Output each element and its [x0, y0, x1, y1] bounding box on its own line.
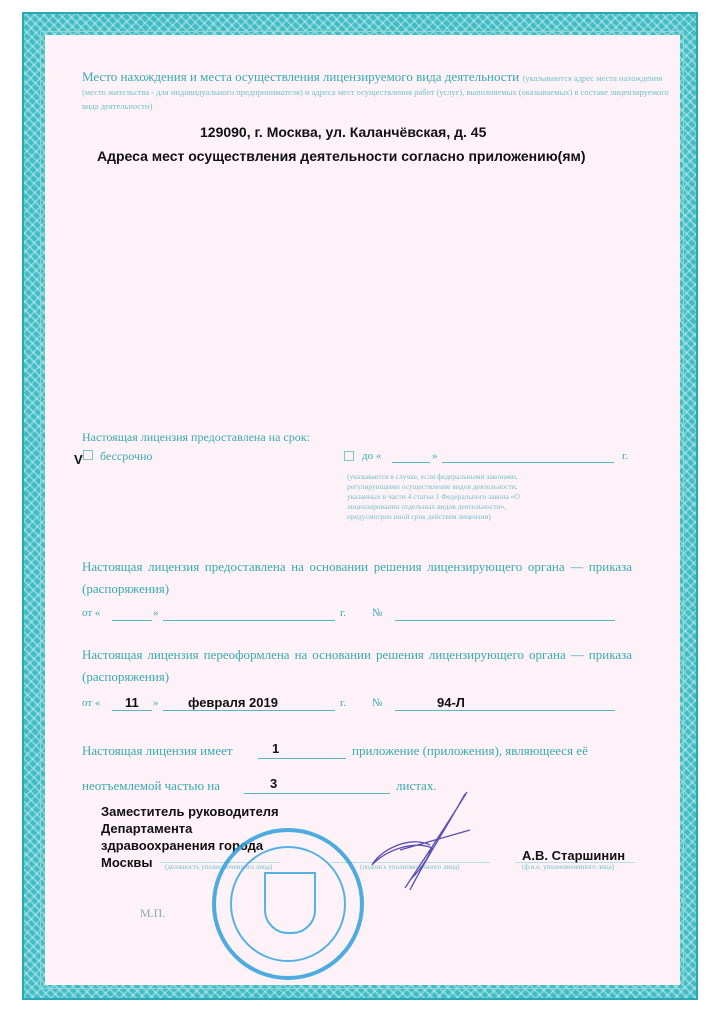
granted-number-field: [395, 620, 615, 621]
reissued-mid: »: [153, 697, 159, 709]
reissued-number: 94-Л: [437, 695, 465, 710]
until-note: (указывается в случае, если федеральными…: [347, 472, 547, 522]
reissued-number-line: [395, 710, 615, 711]
official-stamp: [212, 828, 364, 980]
appendix-sheets-line: [244, 793, 390, 794]
position-line-2: Департамента: [101, 820, 279, 837]
until-month-line: [442, 462, 614, 463]
until-year-suffix: г.: [622, 450, 628, 462]
reissued-month-year: февраля 2019: [188, 695, 278, 710]
seal-label: М.П.: [140, 906, 165, 921]
address-places: Адреса мест осуществления деятельности с…: [97, 148, 586, 164]
granted-number-sign: №: [372, 607, 383, 619]
caption-name: (ф.и.о. уполномоченного лица): [522, 862, 614, 873]
handwritten-signature: [370, 780, 480, 895]
until-day-line: [392, 462, 430, 463]
reissued-month-line: [163, 710, 335, 711]
granted-year-suffix: г.: [340, 607, 346, 619]
reissued-from: от «: [82, 697, 100, 709]
reissued-day-line: [112, 710, 152, 711]
appendix-sheets: 3: [270, 776, 277, 791]
reissued-day: 11: [125, 695, 139, 710]
header-title: Место нахождения и места осуществления л…: [82, 69, 519, 84]
address-main: 129090, г. Москва, ул. Каланчёвская, д. …: [200, 124, 486, 140]
appendix-prefix2: неотъемлемой частью на: [82, 778, 220, 794]
granted-day-field: [112, 620, 152, 621]
appendix-count: 1: [272, 741, 279, 756]
until-prefix: до «: [362, 450, 381, 462]
granted-month-field: [163, 620, 335, 621]
reissued-year-suffix: г.: [340, 697, 346, 709]
position-line-1: Заместитель руководителя: [101, 803, 279, 820]
appendix-middle: приложение (приложения), являющееся её: [352, 743, 588, 759]
header-block: Место нахождения и места осуществления л…: [82, 70, 682, 112]
granted-mid: »: [153, 607, 159, 619]
check-mark: V: [74, 452, 83, 467]
option-unlimited-label: бессрочно: [100, 449, 152, 464]
reissued-text: Настоящая лицензия переоформлена на осно…: [82, 644, 632, 688]
reissued-number-sign: №: [372, 697, 383, 709]
granted-from: от «: [82, 607, 100, 619]
term-label: Настоящая лицензия предоставлена на срок…: [82, 430, 310, 445]
moscow-coat-of-arms-icon: [264, 872, 316, 934]
checkbox-unlimited[interactable]: [83, 450, 93, 460]
appendix-count-line: [258, 758, 346, 759]
until-mid: »: [432, 450, 438, 462]
granted-text: Настоящая лицензия предоставлена на осно…: [82, 556, 632, 600]
appendix-prefix: Настоящая лицензия имеет: [82, 743, 233, 759]
checkbox-until[interactable]: [344, 451, 354, 461]
signatory-name: А.В. Старшинин: [522, 848, 625, 863]
